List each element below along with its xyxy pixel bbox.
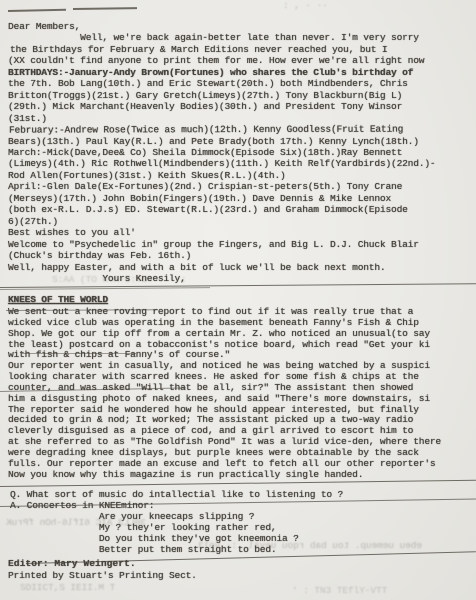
article-body: We sent out a knee roving report to find… — [8, 307, 476, 481]
article-line: him a disgusting photo of naked knees, a… — [8, 394, 476, 405]
scanned-newsletter-page: : , · ·· S:AA (TO K:A-S:TE: : · : 30LL3 … — [0, 0, 476, 600]
letter-line: Dear Members, — [8, 21, 476, 32]
letter-line: Rod Allen(Fortunes)(31st.) Keith Skues(R… — [8, 170, 476, 181]
editor-credit: Editor: Mary Weingert. — [8, 558, 476, 570]
bleedthrough-smudge: SDIICT,S IEII.M T — [20, 582, 115, 593]
letter-line: the Birthdays for February & March Editi… — [10, 44, 476, 55]
letter-line: February:-Andrew Rose(Twice as much)(12t… — [9, 123, 476, 136]
letter-line: Bears)(13th.) Paul Kay(R.L.) and Pete Br… — [8, 136, 476, 147]
letter-line: (XX couldn't find anyone to print them f… — [8, 55, 476, 66]
qa-line: Q. What sort of music do intallectial li… — [10, 489, 476, 500]
letter-line: Best wishes to you all' — [8, 227, 476, 238]
letter-line: (Limeys)(4th.) Ric Rothwell(Mindbenders)… — [8, 158, 476, 169]
letter-line: March:-Mick(Dave,Dee& Co) Sheila Dimmock… — [8, 147, 476, 158]
letter-line: Britton(Troggs)(21st.) Gary Gretch(Limey… — [8, 90, 476, 101]
letter-line: BIRTHDAYS:-January-Andy Brown(Fortunes) … — [8, 67, 476, 78]
bleedthrough-smudge: ' : TN3 TEflY-VTT — [292, 585, 387, 596]
letter-body: Dear Members, Well, we're back again-bet… — [8, 21, 476, 284]
qa-line: Do you think they've got kneemonia ? — [10, 533, 476, 544]
letter-line: (31st.) — [8, 113, 476, 124]
letter-line: Yours Kneesily, — [8, 273, 476, 284]
letter-line: (Chuck's birthday was Feb. 16th.) — [8, 250, 476, 261]
knees-article: KNEES OF THE WORLD We sent out a knee ro… — [8, 289, 476, 481]
footer-credits: Editor: Mary Weingert. Printed by Stuart… — [8, 558, 476, 581]
letter-line: (Merseys)(17th.) John Bobin(Fingers)(19t… — [8, 193, 476, 204]
typed-dash-rule — [73, 7, 137, 10]
letter-line: (29th.) Mick Marchant(Heavenly Bodies)(3… — [8, 101, 476, 112]
printer-credit: Printed by Stuart's Printing Sect. — [8, 570, 476, 582]
qa-section: Q. What sort of music do intallectial li… — [10, 489, 476, 556]
section-divider-rule — [0, 480, 476, 488]
qa-line: Better put them straight to bed. — [10, 544, 476, 555]
qa-line: My ? they'er looking rather red, — [10, 522, 476, 533]
typed-dash-rule — [8, 9, 66, 12]
article-line: Now you know why this magazine is run pr… — [8, 470, 476, 481]
article-line: Shop. We got our tip off from a certain … — [8, 329, 476, 340]
letter-line: Welcome to "Psychedelic in" group the Fi… — [8, 239, 476, 250]
article-heading: KNEES OF THE WORLD — [8, 294, 108, 305]
letter-line: Well, we're back again-better late than … — [8, 32, 476, 43]
qa-line: A. Concertos in KNEEminor: — [10, 500, 476, 511]
letter-line: 6)(27th.) — [8, 216, 476, 227]
letter-line: (both ex-R.L. D.J.s) ED. Stewart(R.L.)(2… — [8, 204, 476, 215]
letter-line: Well, happy Easter, and with a bit of lu… — [8, 262, 476, 273]
qa-line: Are your kneecaps slipping ? — [10, 511, 476, 522]
bleedthrough-smudge: : , · ·· — [283, 0, 328, 11]
letter-line: the 7th. Bob Lang(10th.) and Eric Stewar… — [8, 78, 476, 89]
letter-line: April:-Glen Dale(Ex-Fortunes)(2nd.) Cris… — [8, 181, 476, 192]
